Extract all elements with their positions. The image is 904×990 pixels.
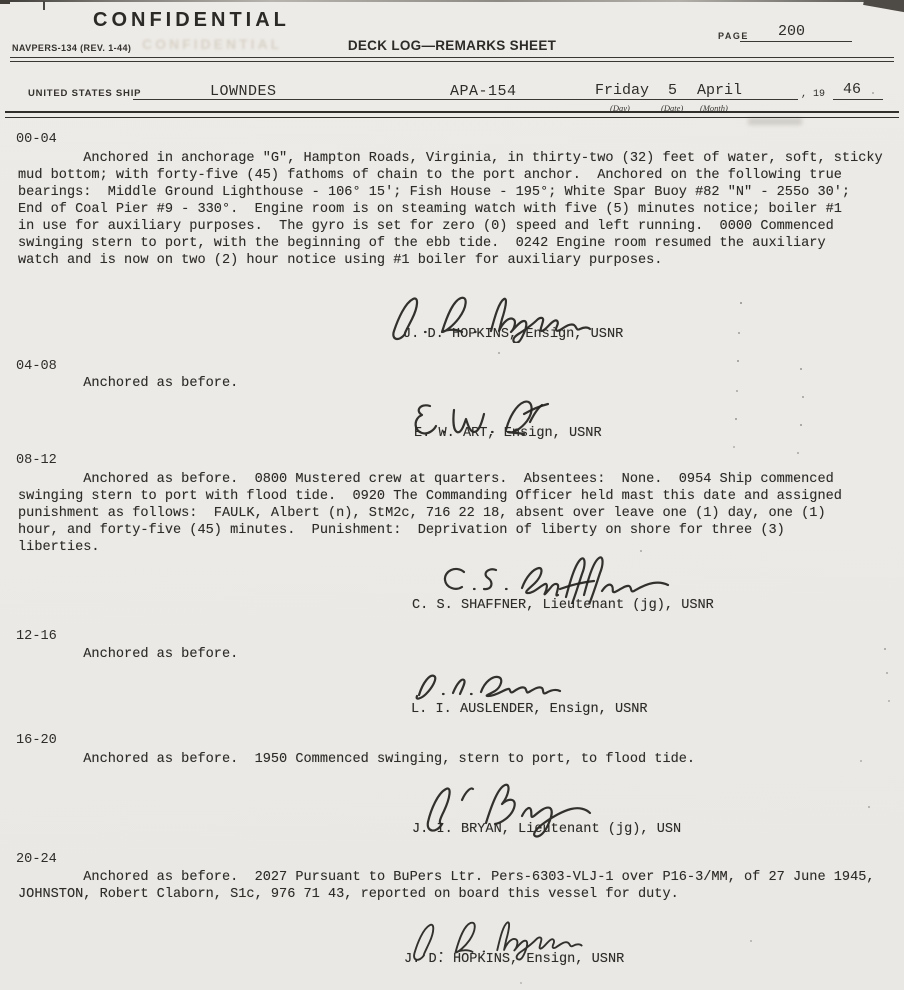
watch-period: 00-04 — [16, 132, 57, 147]
entry-text: Anchored as before. 1950 Commenced swing… — [18, 751, 898, 768]
scan-smudge — [748, 118, 802, 125]
scan-edge-top — [0, 0, 904, 2]
signature-typed: J. D. HOPKINS, Ensign, USNR — [403, 327, 623, 342]
signature-block: E. W. ART, Ensign, USNR — [410, 392, 602, 441]
signature-block: J. D. HOPKINS, Ensign, USNR — [387, 288, 623, 342]
ship-name: LOWNDES — [210, 83, 277, 100]
watch-period: 08-12 — [16, 453, 57, 468]
day-caption: (Day) — [610, 103, 630, 113]
signature-typed: C. S. SHAFFNER, Lieutenant (jg), USNR — [412, 598, 714, 613]
signature-script-auslender — [405, 668, 563, 706]
entry-text: Anchored as before. 0800 Mustered crew a… — [18, 471, 898, 556]
watch-period: 04-08 — [16, 359, 57, 374]
classification-stamp: CONFIDENTIAL — [93, 9, 290, 32]
signature-block: J. I. BRYAN, Lieutenant (jg), USN — [418, 778, 681, 837]
scan-noise-specks — [740, 302, 742, 304]
header-rule-bottom — [5, 111, 899, 118]
date-month: April — [697, 82, 742, 99]
scan-corner-left — [0, 0, 10, 4]
ship-label: UNITED STATES SHIP — [28, 88, 141, 99]
entry-text: Anchored as before. — [18, 375, 898, 392]
entry-text: Anchored as before. 2027 Pursuant to BuP… — [18, 869, 898, 903]
month-caption: (Month) — [700, 103, 728, 113]
date-day: Friday — [595, 82, 649, 99]
deck-log-remarks-sheet: CONFIDENTIAL CONFIDENTIAL PAGE 200 NAVPE… — [0, 0, 904, 990]
year-value: 46 — [843, 81, 861, 98]
entry-text: Anchored in anchorage "G", Hampton Roads… — [18, 150, 898, 269]
watch-period: 12-16 — [16, 629, 57, 644]
header-rule-top — [10, 57, 894, 62]
document-title: DECK LOG—REMARKS SHEET — [0, 38, 904, 53]
signature-typed: J. I. BRYAN, Lieutenant (jg), USN — [412, 822, 681, 837]
ship-name-underline — [133, 99, 613, 100]
scan-corner-right — [863, 0, 904, 13]
date-caption: (Date) — [661, 103, 683, 113]
scan-edge-tick — [43, 1, 45, 10]
date-underline — [580, 99, 798, 100]
date-number: 5 — [668, 82, 677, 99]
signature-typed: E. W. ART, Ensign, USNR — [414, 426, 602, 441]
year-underline — [833, 99, 883, 100]
watch-period: 16-20 — [16, 733, 57, 748]
entry-text: Anchored as before. — [18, 646, 898, 663]
signature-typed: L. I. AUSLENDER, Ensign, USNR — [411, 702, 648, 717]
signature-script-shaffner — [430, 556, 670, 604]
signature-block: C. S. SHAFFNER, Lieutenant (jg), USNR — [430, 556, 714, 613]
signature-script-hopkins — [407, 909, 584, 965]
watch-period: 20-24 — [16, 852, 57, 867]
signature-block: L. I. AUSLENDER, Ensign, USNR — [405, 668, 648, 717]
year-prefix: , 19 — [801, 89, 825, 100]
hull-number: APA-154 — [450, 83, 517, 100]
signature-block: J. D. HOPKINS, Ensign, USNR — [408, 912, 624, 967]
